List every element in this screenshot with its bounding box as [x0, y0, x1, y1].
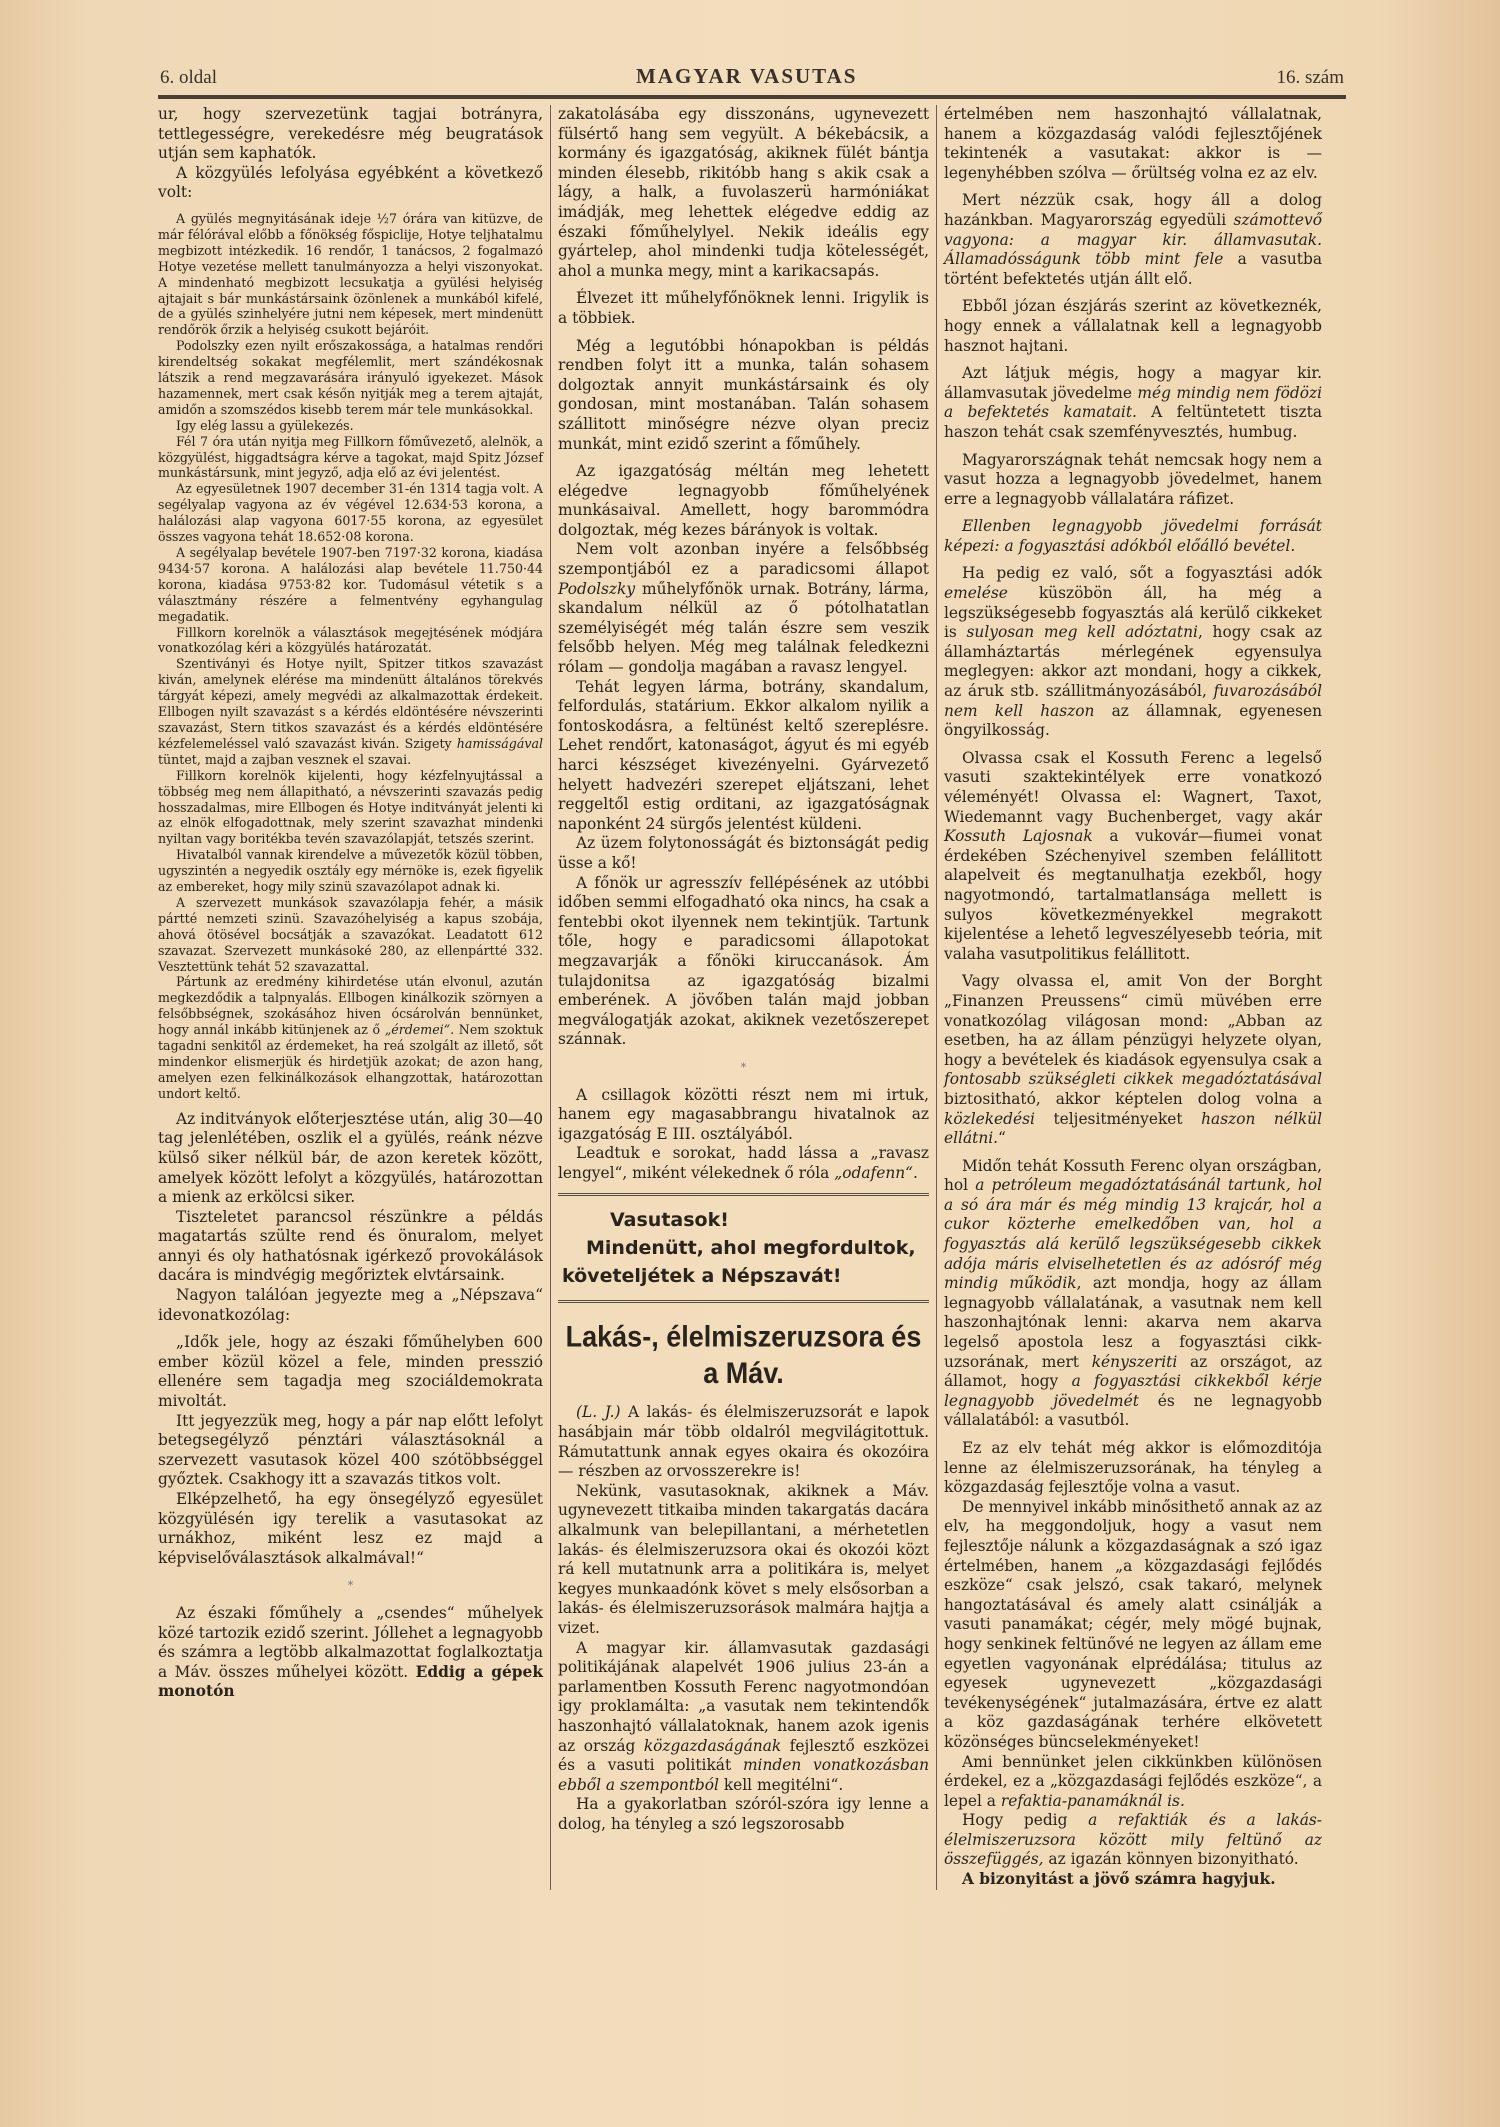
paragraph: Ebből józan észjárás szerint az következ… [944, 297, 1322, 356]
paragraph: A csillagok közötti részt nem mi irtuk, … [558, 1086, 929, 1145]
paragraph: Ez az elv tehát még akkor is előmozditój… [944, 1439, 1322, 1498]
report-paragraph: A gyülés megnyitásának ideje ½7 órára va… [158, 211, 543, 338]
article-headline: Lakás-, élelmiszeruzsora és a Máv. [558, 1319, 929, 1392]
italic-run: Ellenben legnagyobb jövedelmi forrását k… [944, 517, 1322, 555]
text-run: kell megitélni“. [719, 1776, 843, 1794]
newspaper-page: 6. oldal MAGYAR VASUTAS 16. szám ur, hog… [158, 64, 1346, 1890]
text-run: Nem volt azonban inyére a felsőbbség sze… [558, 540, 929, 578]
newspaper-title: MAGYAR VASUTAS [636, 64, 858, 89]
paragraph: ur, hogy szervezetünk tagjai botrányra, … [158, 105, 543, 164]
text-run: biztositható, akkor képtelen dolog volna… [944, 1090, 1322, 1108]
paragraph: Nagyon találóan jegyezte meg a „Népszava… [158, 1286, 543, 1325]
text-run: Vagy olvassa el, amit Von der Borght „Fi… [944, 972, 1322, 1068]
paragraph: Olvassa csak el Kossuth Ferenc a legelső… [944, 749, 1322, 965]
ad-line: Vasutasok! [562, 1206, 925, 1234]
italic-run: Kossuth Lajosnak [944, 827, 1093, 845]
report-paragraph: A szervezett munkások szavazólapja fehér… [158, 895, 543, 975]
quote-paragraph: Itt jegyezzük meg, hogy a pár nap előtt … [158, 1412, 543, 1490]
page-header: 6. oldal MAGYAR VASUTAS 16. szám [158, 64, 1346, 95]
paragraph: A magyar kir. államvasutak gazdasági pol… [558, 1639, 929, 1796]
report-paragraph: Fillkorn korelnök a választások megejtés… [158, 625, 543, 657]
italic-run: fontosabb szükségleti cikkek megadóztatá… [944, 1070, 1322, 1088]
report-paragraph: Szentiványi és Hotye nyilt, Spitzer titk… [158, 656, 543, 767]
page-number: 6. oldal [160, 67, 217, 89]
quote-paragraph: Elképzelhető, ha egy önsegélyző egyesüle… [158, 1490, 543, 1568]
closing-paragraph: A bizonyitást a jövő számra hagyjuk. [944, 1870, 1322, 1890]
section-star-divider: * [158, 1576, 543, 1596]
report-paragraph: Hivatalból vannak kirendelve a művezetők… [158, 847, 543, 895]
column-3: értelmében nem haszonhajtó vállalatnak, … [936, 105, 1322, 1890]
paragraph: Még a legutóbbi hónapokban is példás ren… [558, 337, 929, 455]
paragraph: Magyarországnak tehát nemcsak hogy nem a… [944, 451, 1322, 510]
italic-run: hamisságával [457, 736, 543, 751]
paragraph: A főnök ur agresszív fellépésének az utó… [558, 874, 929, 1050]
paragraph: Midőn tehát Kossuth Ferenc olyan országb… [944, 1157, 1322, 1431]
italic-run: refaktia-panamáknál is. [1001, 1792, 1185, 1810]
paragraph: A közgyülés lefolyása egyébként a követk… [158, 164, 543, 203]
paragraph: Az igazgatóság méltán meg lehetett elége… [558, 462, 929, 540]
ad-line: követeljétek a Népszavát! [562, 1262, 925, 1290]
text-run: Olvassa csak el Kossuth Ferenc a legelső… [944, 749, 1322, 826]
issue-number: 16. szám [1276, 67, 1344, 89]
italic-run: „odafenn“ [834, 1164, 913, 1182]
text-run: Ha pedig ez való, sőt a fogyasztási adók [962, 564, 1322, 582]
paragraph: Leadtuk e sorokat, hadd lássa a „ravasz … [558, 1144, 929, 1183]
paragraph: Tiszteletet parancsol részünkre a példás… [158, 1208, 543, 1286]
paragraph: Az üzem folytonosságát és biztonságát pe… [558, 834, 929, 873]
text-run: Hogy pedig [962, 1811, 1088, 1829]
paragraph: Az inditványok előterjesztése után, alig… [158, 1110, 543, 1208]
report-paragraph: Fillkorn korelnök kijelenti, hogy kézfel… [158, 768, 543, 848]
text-run: . [913, 1164, 918, 1182]
author-initials: (L. J.) [576, 1403, 621, 1421]
text-run: az igazán könnyen bizonyitható. [1044, 1850, 1299, 1868]
italic-run: emelése [944, 584, 1008, 602]
report-paragraph: Fél 7 óra után nyitja meg Fillkorn főműv… [158, 434, 543, 482]
column-1: ur, hogy szervezetünk tagjai botrányra, … [158, 105, 550, 1890]
paragraph: Tehát legyen lárma, botrány, skandalum, … [558, 678, 929, 835]
column-2: zakatolásába egy disszonáns, ugynevezett… [550, 105, 936, 1890]
paragraph: Nem volt azonban inyére a felsőbbség sze… [558, 540, 929, 677]
text-run: a vukovár—fiumei vonat érdekében Széchen… [944, 827, 1322, 963]
report-paragraph: A segélyalap bevétele 1907-ben 7197·32 k… [158, 545, 543, 625]
paragraph: Az északi főműhely a „csendes“ műhelyek … [158, 1604, 543, 1702]
ad-line: Mindenütt, ahol megfordultok, [562, 1234, 925, 1262]
paragraph: Ha a gyakorlatban szóról-szóra igy lenne… [558, 1795, 929, 1834]
report-paragraph: Pártunk az eredmény kihirdetése után elv… [158, 974, 543, 1101]
paragraph: zakatolásába egy disszonáns, ugynevezett… [558, 105, 929, 281]
italic-run: közlekedési [944, 1110, 1035, 1128]
paragraph: (L. J.) A lakás- és élelmiszeruzsorát e … [558, 1403, 929, 1481]
paragraph: Ami bennünket jelen cikkünkben különösen… [944, 1753, 1322, 1812]
text-run: tüntet, majd a zajban vesznek el szavai. [158, 752, 411, 767]
section-star-divider: * [558, 1058, 929, 1078]
italic-run: sulyosan meg kell adóztatni [967, 623, 1198, 641]
paragraph: Vagy olvassa el, amit Von der Borght „Fi… [944, 972, 1322, 1148]
report-paragraph: Az egyesületnek 1907 december 31-én 1314… [158, 481, 543, 545]
paragraph: Mert nézzük csak, hogy áll a dolog hazán… [944, 191, 1322, 289]
paragraph: értelmében nem haszonhajtó vállalatnak, … [944, 105, 1322, 183]
italic-run: „érdemei“ [385, 1022, 450, 1037]
paragraph: Hogy pedig a refaktiák és a lakás-élelmi… [944, 1811, 1322, 1870]
paragraph: Ha pedig ez való, sőt a fogyasztási adók… [944, 564, 1322, 740]
report-paragraph: Igy elég lassu a gyülekezés. [158, 418, 543, 434]
paragraph: Azt látjuk mégis, hogy a magyar kir. áll… [944, 364, 1322, 442]
paragraph: Nekünk, vasutasoknak, akiknek a Máv. ugy… [558, 1482, 929, 1639]
paragraph: De mennyivel inkább minősithető annak az… [944, 1498, 1322, 1753]
italic-run: kényszeriti [1092, 1353, 1178, 1371]
report-paragraph: Podolszky ezen nyilt erőszakossága, a ha… [158, 338, 543, 418]
advertisement-box: Vasutasok! Mindenütt, ahol megfordultok,… [558, 1193, 929, 1303]
text-run: “ [998, 1129, 1006, 1147]
header-rule [158, 95, 1346, 99]
italic-run: közgazdaságának [644, 1737, 781, 1755]
paragraph: Élvezet itt műhelyfőnöknek lenni. Irigyl… [558, 289, 929, 328]
paragraph: Ellenben legnagyobb jövedelmi forrását k… [944, 517, 1322, 556]
italic-run: Podolszky [558, 580, 635, 598]
text-run: teljesitményeket [1035, 1110, 1201, 1128]
quote-paragraph: „Idők jele, hogy az északi főműhelyben 6… [158, 1333, 543, 1411]
